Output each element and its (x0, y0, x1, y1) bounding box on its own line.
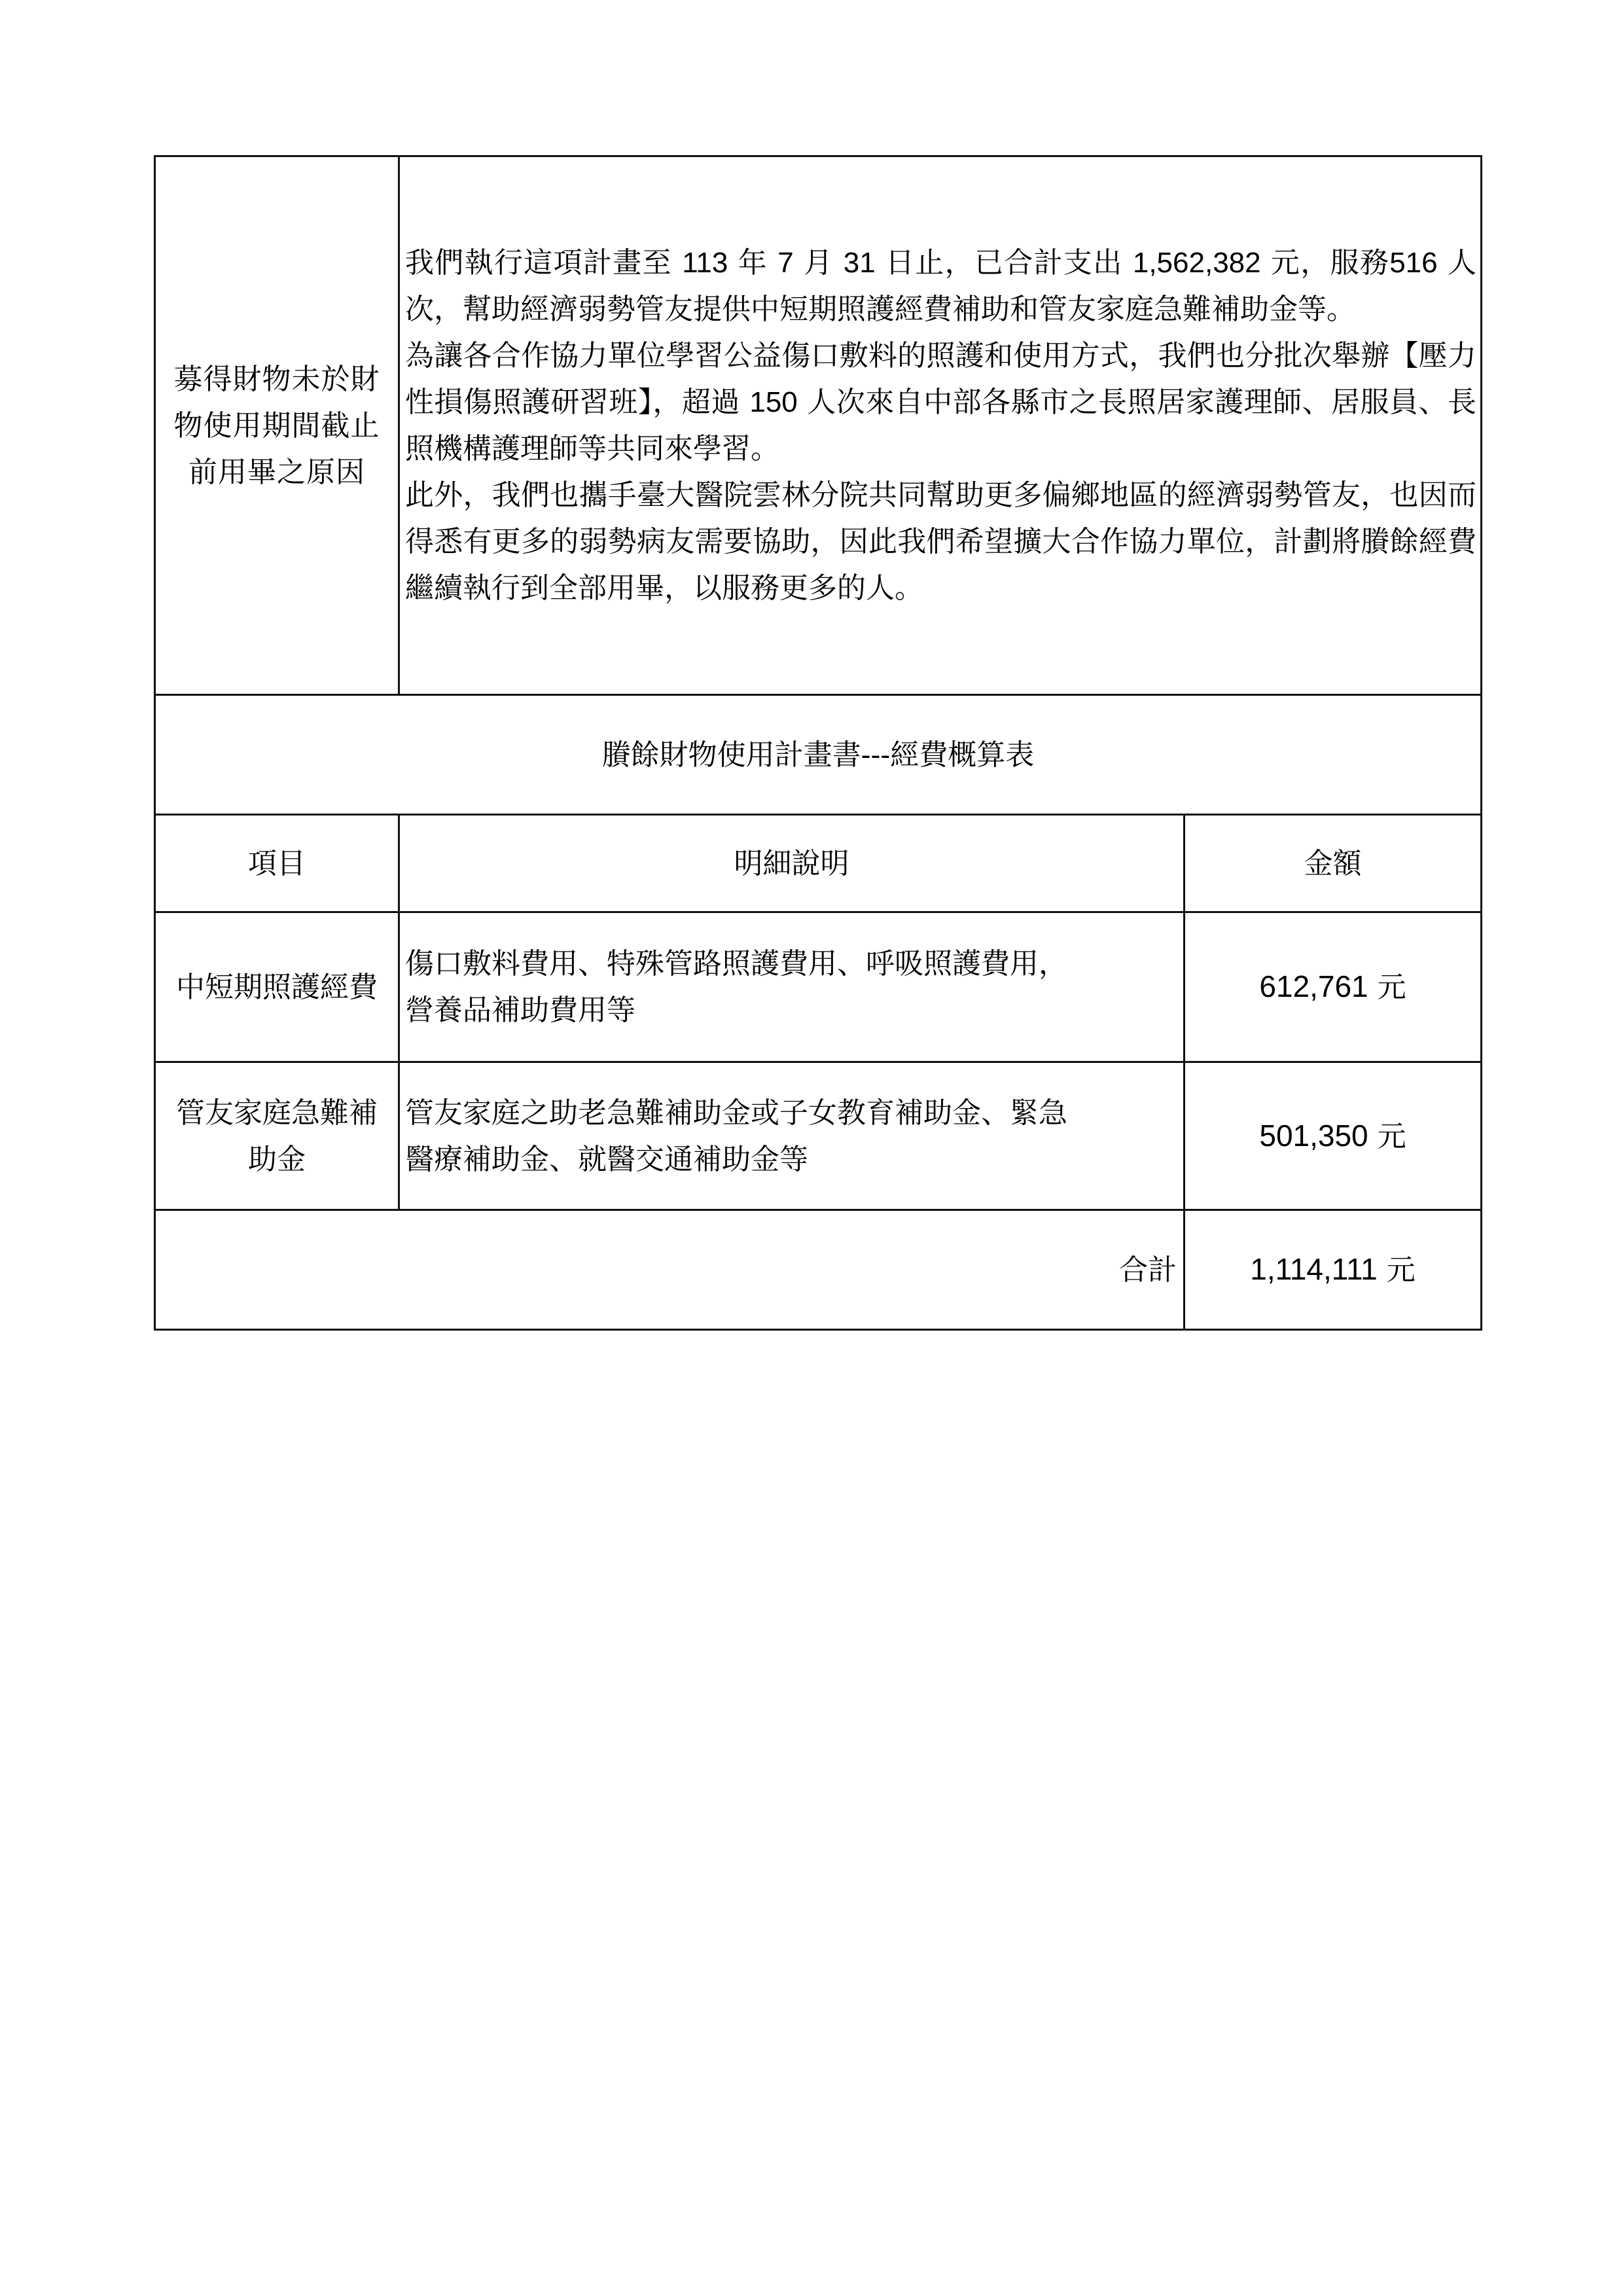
budget-document-table: 募得財物未於財 物使用期間截止 前用畢之原因 我們執行這項計畫至 113 年 7… (154, 155, 1482, 1331)
reason-text-cell: 我們執行這項計畫至 113 年 7 月 31 日止，已合計支出 1,562,38… (399, 156, 1482, 695)
total-amount-unit: 元 (1387, 1253, 1416, 1287)
item-amount-cell: 612,761 元 (1185, 912, 1482, 1062)
reason-paragraph-3: 此外，我們也攜手臺大醫院雲林分院共同幫助更多偏鄉地區的經濟弱勢管友，也因而得悉有… (405, 472, 1476, 611)
header-description: 明細說明 (399, 815, 1185, 912)
item-description-line-1: 傷口敷料費用、特殊管路照護費用、呼吸照護費用， (405, 947, 1067, 980)
item-name-cell: 管友家庭急難補 助金 (155, 1062, 399, 1210)
reason-paragraph-1: 我們執行這項計畫至 113 年 7 月 31 日止，已合計支出 1,562,38… (405, 240, 1476, 332)
item-name-line-2: 助金 (248, 1143, 306, 1176)
total-row: 合計 1,114,111 元 (155, 1210, 1482, 1330)
item-name-cell: 中短期照護經費 (155, 912, 399, 1062)
total-label: 合計 (155, 1210, 1185, 1330)
item-amount-value: 612,761 (1259, 969, 1368, 1003)
item-amount-value: 501,350 (1259, 1119, 1368, 1153)
item-name-line-1: 管友家庭急難補 (176, 1096, 378, 1130)
reason-label-line-1: 募得財物未於財 (156, 356, 398, 403)
table-row: 管友家庭急難補 助金 管友家庭之助老急難補助金或子女教育補助金、緊急 醫療補助金… (155, 1062, 1482, 1210)
year-number: 113 (682, 247, 728, 279)
total-amount-cell: 1,114,111 元 (1185, 1210, 1482, 1330)
table-row: 中短期照護經費 傷口敷料費用、特殊管路照護費用、呼吸照護費用， 營養品補助費用等… (155, 912, 1482, 1062)
item-amount-cell: 501,350 元 (1185, 1062, 1482, 1210)
budget-header-row: 項目 明細說明 金額 (155, 815, 1482, 912)
reason-paragraph-2: 為讓各合作協力單位學習公益傷口敷料的照護和使用方式，我們也分批次舉辦【壓力性損傷… (405, 332, 1476, 472)
item-description-line-2: 營養品補助費用等 (405, 994, 635, 1027)
budget-title-row: 賸餘財物使用計畫書---經費概算表 (155, 695, 1482, 815)
header-item: 項目 (155, 815, 399, 912)
reason-label-cell: 募得財物未於財 物使用期間截止 前用畢之原因 (155, 156, 399, 695)
item-amount-unit: 元 (1378, 971, 1406, 1004)
reason-label-line-3: 前用畢之原因 (156, 449, 398, 495)
attendee-count: 150 (749, 386, 797, 418)
day-number: 31 (844, 247, 876, 279)
item-description-cell: 管友家庭之助老急難補助金或子女教育補助金、緊急 醫療補助金、就醫交通補助金等 (399, 1062, 1185, 1210)
item-description-line-1: 管友家庭之助老急難補助金或子女教育補助金、緊急 (405, 1096, 1067, 1130)
item-description-line-2: 醫療補助金、就醫交通補助金等 (405, 1143, 808, 1176)
service-count: 516 (1389, 247, 1437, 279)
text-segment: 元，服務 (1261, 246, 1390, 279)
month-number: 7 (777, 247, 793, 279)
text-segment: 此外，我們也攜手臺大醫院雲林分院共同幫助更多偏鄉地區的經濟弱勢管友，也因而得悉有… (405, 478, 1476, 605)
item-amount-unit: 元 (1378, 1120, 1406, 1153)
budget-table-title: 賸餘財物使用計畫書---經費概算表 (155, 695, 1482, 815)
header-amount: 金額 (1185, 815, 1482, 912)
item-description-cell: 傷口敷料費用、特殊管路照護費用、呼吸照護費用， 營養品補助費用等 (399, 912, 1185, 1062)
total-amount-value: 1,114,111 (1250, 1252, 1377, 1286)
text-segment: 日止，已合計支出 (876, 246, 1133, 279)
expenditure-amount: 1,562,382 (1133, 247, 1261, 279)
reason-row: 募得財物未於財 物使用期間截止 前用畢之原因 我們執行這項計畫至 113 年 7… (155, 156, 1482, 695)
text-segment: 月 (794, 246, 844, 279)
text-segment: 我們執行這項計畫至 (405, 246, 682, 279)
reason-label-line-2: 物使用期間截止 (156, 403, 398, 449)
item-name: 中短期照護經費 (176, 971, 378, 1004)
text-segment: 年 (728, 246, 777, 279)
